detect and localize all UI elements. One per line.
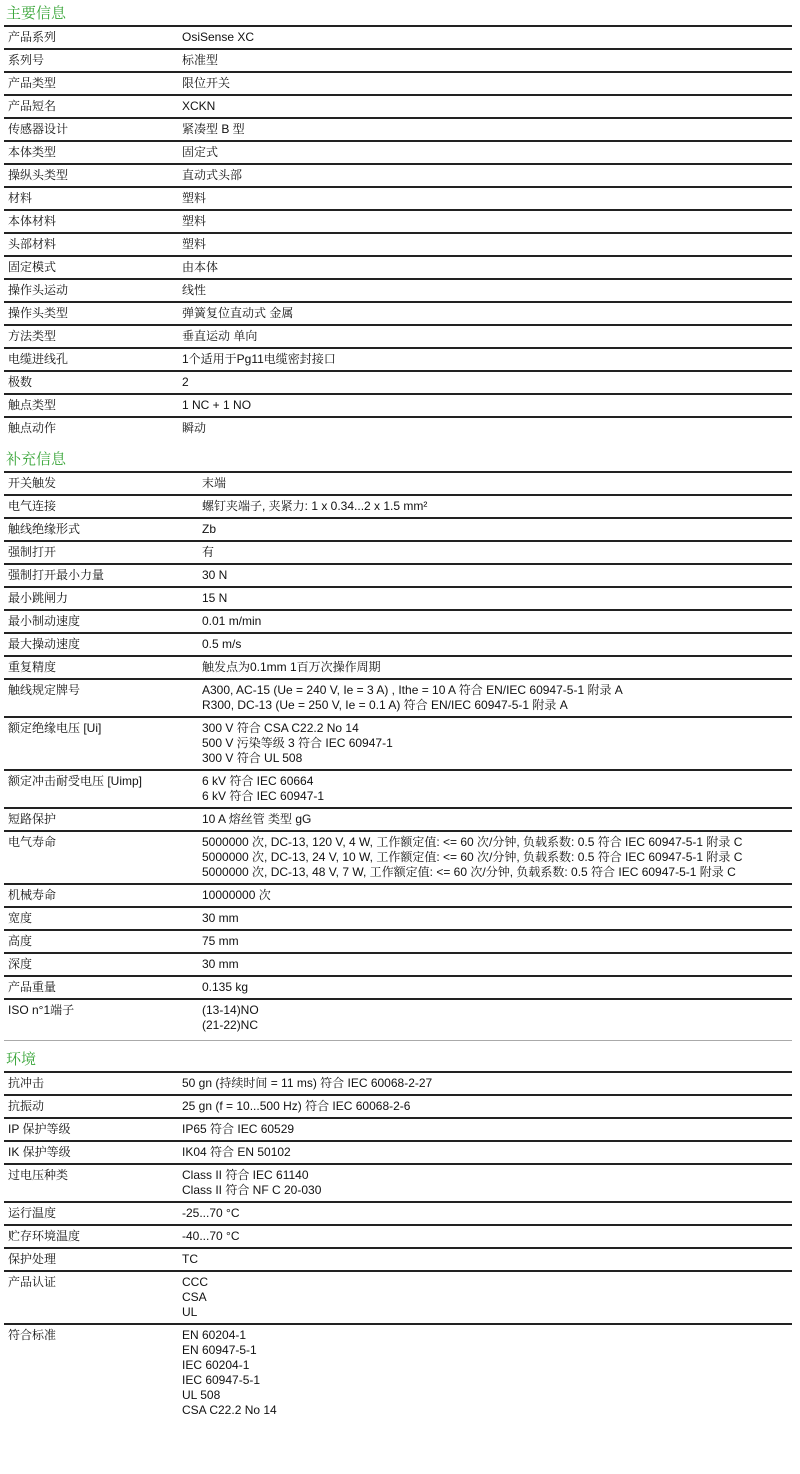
spec-value: 300 V 符合 CSA C22.2 No 14500 V 污染等级 3 符合 … bbox=[198, 717, 792, 770]
spec-value-line: CSA bbox=[182, 1290, 792, 1305]
spec-value: Zb bbox=[198, 518, 792, 541]
spec-section: 补充信息开关触发末端电气连接螺钉夹端子, 夹紧力: 1 x 0.34...2 x… bbox=[0, 449, 800, 1041]
spec-label: 强制打开最小力量 bbox=[4, 564, 198, 587]
table-row: 触点类型1 NC + 1 NO bbox=[4, 394, 792, 417]
spec-value-line: XCKN bbox=[182, 99, 792, 114]
spec-value-line: 1个适用于Pg11电缆密封接口 bbox=[182, 352, 792, 367]
spec-label: 方法类型 bbox=[4, 325, 178, 348]
spec-label: 触线规定牌号 bbox=[4, 679, 198, 717]
spec-label: 电气寿命 bbox=[4, 831, 198, 884]
spec-section: 主要信息产品系列OsiSense XC系列号标准型产品类型限位开关产品短名XCK… bbox=[0, 3, 800, 439]
spec-value: 塑料 bbox=[178, 233, 792, 256]
spec-value-line: 50 gn (持续时间 = 11 ms) 符合 IEC 60068-2-27 bbox=[182, 1076, 792, 1091]
spec-value-line: 直动式头部 bbox=[182, 168, 792, 183]
table-row: 额定冲击耐受电压 [Uimp]6 kV 符合 IEC 606646 kV 符合 … bbox=[4, 770, 792, 808]
spec-value: (13-14)NO(21-22)NC bbox=[198, 999, 792, 1036]
spec-label: 保护处理 bbox=[4, 1248, 178, 1271]
table-row: 本体类型固定式 bbox=[4, 141, 792, 164]
spec-label: 抗振动 bbox=[4, 1095, 178, 1118]
spec-value-line: 5000000 次, DC-13, 24 V, 10 W, 工作额定值: <= … bbox=[202, 850, 792, 865]
table-row: 额定绝缘电压 [Ui]300 V 符合 CSA C22.2 No 14500 V… bbox=[4, 717, 792, 770]
spec-value-line: (21-22)NC bbox=[202, 1018, 792, 1033]
spec-value-line: IEC 60947-5-1 bbox=[182, 1373, 792, 1388]
spec-value: 紧凑型 B 型 bbox=[178, 118, 792, 141]
spec-value-line: Class II 符合 IEC 61140 bbox=[182, 1168, 792, 1183]
table-row: 最小制动速度0.01 m/min bbox=[4, 610, 792, 633]
spec-value: 0.5 m/s bbox=[198, 633, 792, 656]
spec-value: 垂直运动 单向 bbox=[178, 325, 792, 348]
spec-value: 15 N bbox=[198, 587, 792, 610]
spec-value: 固定式 bbox=[178, 141, 792, 164]
spec-value-line: 5000000 次, DC-13, 120 V, 4 W, 工作额定值: <= … bbox=[202, 835, 792, 850]
spec-value-line: 末端 bbox=[202, 476, 792, 491]
spec-value-line: 标准型 bbox=[182, 53, 792, 68]
spec-value-line: -40...70 °C bbox=[182, 1229, 792, 1244]
section-divider bbox=[4, 1040, 792, 1041]
spec-value-line: -25...70 °C bbox=[182, 1206, 792, 1221]
spec-value: 瞬动 bbox=[178, 417, 792, 439]
spec-label: 产品系列 bbox=[4, 26, 178, 49]
spec-value-line: 塑料 bbox=[182, 214, 792, 229]
spec-value: 末端 bbox=[198, 472, 792, 495]
spec-value-line: 塑料 bbox=[182, 191, 792, 206]
spec-label: 触线绝缘形式 bbox=[4, 518, 198, 541]
table-row: 操纵头类型直动式头部 bbox=[4, 164, 792, 187]
spec-value-line: Class II 符合 NF C 20-030 bbox=[182, 1183, 792, 1198]
table-row: 抗振动25 gn (f = 10...500 Hz) 符合 IEC 60068-… bbox=[4, 1095, 792, 1118]
spec-value: -40...70 °C bbox=[178, 1225, 792, 1248]
spec-value: 由本体 bbox=[178, 256, 792, 279]
spec-value: 30 mm bbox=[198, 907, 792, 930]
spec-value: IK04 符合 EN 50102 bbox=[178, 1141, 792, 1164]
table-row: 最大操动速度0.5 m/s bbox=[4, 633, 792, 656]
section-title: 环境 bbox=[6, 1049, 800, 1071]
spec-label: 最大操动速度 bbox=[4, 633, 198, 656]
spec-value-line: UL bbox=[182, 1305, 792, 1320]
spec-value-line: 30 N bbox=[202, 568, 792, 583]
spec-label: ISO n°1端子 bbox=[4, 999, 198, 1036]
table-row: 过电压种类Class II 符合 IEC 61140Class II 符合 NF… bbox=[4, 1164, 792, 1202]
spec-label: 额定绝缘电压 [Ui] bbox=[4, 717, 198, 770]
spec-value-line: R300, DC-13 (Ue = 250 V, Ie = 0.1 A) 符合 … bbox=[202, 698, 792, 713]
spec-value-line: CCC bbox=[182, 1275, 792, 1290]
spec-label: 材料 bbox=[4, 187, 178, 210]
spec-value-line: 300 V 符合 CSA C22.2 No 14 bbox=[202, 721, 792, 736]
spec-document: 主要信息产品系列OsiSense XC系列号标准型产品类型限位开关产品短名XCK… bbox=[0, 3, 800, 1421]
spec-label: 重复精度 bbox=[4, 656, 198, 679]
table-row: 贮存环境温度-40...70 °C bbox=[4, 1225, 792, 1248]
table-row: 宽度30 mm bbox=[4, 907, 792, 930]
spec-value: 螺钉夹端子, 夹紧力: 1 x 0.34...2 x 1.5 mm² bbox=[198, 495, 792, 518]
spec-value: IP65 符合 IEC 60529 bbox=[178, 1118, 792, 1141]
spec-value: 75 mm bbox=[198, 930, 792, 953]
table-row: 重复精度触发点为0.1mm 1百万次操作周期 bbox=[4, 656, 792, 679]
spec-value: OsiSense XC bbox=[178, 26, 792, 49]
spec-value-line: 0.135 kg bbox=[202, 980, 792, 995]
spec-value-line: 触发点为0.1mm 1百万次操作周期 bbox=[202, 660, 792, 675]
spec-label: 电缆进线孔 bbox=[4, 348, 178, 371]
spec-label: 系列号 bbox=[4, 49, 178, 72]
spec-label: 触点动作 bbox=[4, 417, 178, 439]
spec-value: CCCCSAUL bbox=[178, 1271, 792, 1324]
spec-table: 抗冲击50 gn (持续时间 = 11 ms) 符合 IEC 60068-2-2… bbox=[4, 1071, 792, 1421]
section-title: 主要信息 bbox=[6, 3, 800, 25]
table-row: 符合标准EN 60204-1EN 60947-5-1IEC 60204-1IEC… bbox=[4, 1324, 792, 1421]
spec-value: 触发点为0.1mm 1百万次操作周期 bbox=[198, 656, 792, 679]
spec-value-line: 10000000 次 bbox=[202, 888, 792, 903]
spec-label: 过电压种类 bbox=[4, 1164, 178, 1202]
spec-value: 有 bbox=[198, 541, 792, 564]
spec-value: 1个适用于Pg11电缆密封接口 bbox=[178, 348, 792, 371]
spec-value-line: 弹簧复位直动式 金属 bbox=[182, 306, 792, 321]
spec-value-line: 5000000 次, DC-13, 48 V, 7 W, 工作额定值: <= 6… bbox=[202, 865, 792, 880]
spec-value: 0.135 kg bbox=[198, 976, 792, 999]
spec-value: 2 bbox=[178, 371, 792, 394]
table-row: ISO n°1端子(13-14)NO(21-22)NC bbox=[4, 999, 792, 1036]
table-row: 电缆进线孔1个适用于Pg11电缆密封接口 bbox=[4, 348, 792, 371]
spec-value-line: 垂直运动 单向 bbox=[182, 329, 792, 344]
spec-value: -25...70 °C bbox=[178, 1202, 792, 1225]
spec-value-line: IK04 符合 EN 50102 bbox=[182, 1145, 792, 1160]
table-row: 本体材料塑料 bbox=[4, 210, 792, 233]
spec-value-line: 75 mm bbox=[202, 934, 792, 949]
spec-value: 6 kV 符合 IEC 606646 kV 符合 IEC 60947-1 bbox=[198, 770, 792, 808]
table-row: IP 保护等级IP65 符合 IEC 60529 bbox=[4, 1118, 792, 1141]
spec-value: 25 gn (f = 10...500 Hz) 符合 IEC 60068-2-6 bbox=[178, 1095, 792, 1118]
table-row: 深度30 mm bbox=[4, 953, 792, 976]
spec-value-line: IP65 符合 IEC 60529 bbox=[182, 1122, 792, 1137]
table-row: 产品认证CCCCSAUL bbox=[4, 1271, 792, 1324]
spec-label: 符合标准 bbox=[4, 1324, 178, 1421]
spec-value: 30 N bbox=[198, 564, 792, 587]
table-row: 操作头运动线性 bbox=[4, 279, 792, 302]
spec-value-line: A300, AC-15 (Ue = 240 V, Ie = 3 A) , Ith… bbox=[202, 683, 792, 698]
table-row: 最小跳闸力15 N bbox=[4, 587, 792, 610]
spec-value: 0.01 m/min bbox=[198, 610, 792, 633]
spec-label: 产品类型 bbox=[4, 72, 178, 95]
table-row: 操作头类型弹簧复位直动式 金属 bbox=[4, 302, 792, 325]
table-row: 方法类型垂直运动 单向 bbox=[4, 325, 792, 348]
spec-label: IP 保护等级 bbox=[4, 1118, 178, 1141]
spec-label: 深度 bbox=[4, 953, 198, 976]
table-row: 开关触发末端 bbox=[4, 472, 792, 495]
spec-value-line: TC bbox=[182, 1252, 792, 1267]
spec-value: 塑料 bbox=[178, 187, 792, 210]
spec-value: 弹簧复位直动式 金属 bbox=[178, 302, 792, 325]
table-row: 固定模式由本体 bbox=[4, 256, 792, 279]
spec-label: 操作头类型 bbox=[4, 302, 178, 325]
spec-label: 额定冲击耐受电压 [Uimp] bbox=[4, 770, 198, 808]
spec-value-line: 紧凑型 B 型 bbox=[182, 122, 792, 137]
spec-value-line: 15 N bbox=[202, 591, 792, 606]
spec-value-line: (13-14)NO bbox=[202, 1003, 792, 1018]
spec-value-line: 限位开关 bbox=[182, 76, 792, 91]
spec-label: 抗冲击 bbox=[4, 1072, 178, 1095]
spec-value-line: 25 gn (f = 10...500 Hz) 符合 IEC 60068-2-6 bbox=[182, 1099, 792, 1114]
table-row: 机械寿命10000000 次 bbox=[4, 884, 792, 907]
table-row: 产品系列OsiSense XC bbox=[4, 26, 792, 49]
spec-label: 贮存环境温度 bbox=[4, 1225, 178, 1248]
table-row: 传感器设计紧凑型 B 型 bbox=[4, 118, 792, 141]
table-row: 抗冲击50 gn (持续时间 = 11 ms) 符合 IEC 60068-2-2… bbox=[4, 1072, 792, 1095]
spec-label: 操作头运动 bbox=[4, 279, 178, 302]
spec-value-line: 有 bbox=[202, 545, 792, 560]
spec-value-line: 6 kV 符合 IEC 60664 bbox=[202, 774, 792, 789]
spec-value: 限位开关 bbox=[178, 72, 792, 95]
spec-value-line: 6 kV 符合 IEC 60947-1 bbox=[202, 789, 792, 804]
spec-value-line: 30 mm bbox=[202, 957, 792, 972]
spec-value-line: 线性 bbox=[182, 283, 792, 298]
spec-table: 开关触发末端电气连接螺钉夹端子, 夹紧力: 1 x 0.34...2 x 1.5… bbox=[4, 471, 792, 1036]
table-row: 短路保护10 A 熔丝管 类型 gG bbox=[4, 808, 792, 831]
spec-value-line: 由本体 bbox=[182, 260, 792, 275]
spec-value: 线性 bbox=[178, 279, 792, 302]
table-row: 材料塑料 bbox=[4, 187, 792, 210]
spec-value-line: 300 V 符合 UL 508 bbox=[202, 751, 792, 766]
spec-value: 10000000 次 bbox=[198, 884, 792, 907]
spec-label: 触点类型 bbox=[4, 394, 178, 417]
spec-value-line: 10 A 熔丝管 类型 gG bbox=[202, 812, 792, 827]
spec-label: 极数 bbox=[4, 371, 178, 394]
spec-value-line: OsiSense XC bbox=[182, 30, 792, 45]
spec-value-line: CSA C22.2 No 14 bbox=[182, 1403, 792, 1418]
table-row: 产品重量0.135 kg bbox=[4, 976, 792, 999]
table-row: 极数2 bbox=[4, 371, 792, 394]
spec-label: 固定模式 bbox=[4, 256, 178, 279]
table-row: 产品类型限位开关 bbox=[4, 72, 792, 95]
spec-value: XCKN bbox=[178, 95, 792, 118]
spec-label: 产品重量 bbox=[4, 976, 198, 999]
table-row: 运行温度-25...70 °C bbox=[4, 1202, 792, 1225]
spec-value-line: 1 NC + 1 NO bbox=[182, 398, 792, 413]
spec-value: TC bbox=[178, 1248, 792, 1271]
spec-value: A300, AC-15 (Ue = 240 V, Ie = 3 A) , Ith… bbox=[198, 679, 792, 717]
spec-value-line: IEC 60204-1 bbox=[182, 1358, 792, 1373]
spec-value-line: UL 508 bbox=[182, 1388, 792, 1403]
spec-label: 短路保护 bbox=[4, 808, 198, 831]
spec-value-line: Zb bbox=[202, 522, 792, 537]
spec-value: 10 A 熔丝管 类型 gG bbox=[198, 808, 792, 831]
spec-value-line: 瞬动 bbox=[182, 421, 792, 436]
table-row: 产品短名XCKN bbox=[4, 95, 792, 118]
spec-label: 操纵头类型 bbox=[4, 164, 178, 187]
spec-label: 机械寿命 bbox=[4, 884, 198, 907]
spec-label: 传感器设计 bbox=[4, 118, 178, 141]
spec-label: 最小制动速度 bbox=[4, 610, 198, 633]
spec-label: 宽度 bbox=[4, 907, 198, 930]
spec-label: 本体类型 bbox=[4, 141, 178, 164]
table-row: 触线规定牌号A300, AC-15 (Ue = 240 V, Ie = 3 A)… bbox=[4, 679, 792, 717]
section-title: 补充信息 bbox=[6, 449, 800, 471]
spec-label: 强制打开 bbox=[4, 541, 198, 564]
spec-value-line: 螺钉夹端子, 夹紧力: 1 x 0.34...2 x 1.5 mm² bbox=[202, 499, 792, 514]
spec-value-line: EN 60204-1 bbox=[182, 1328, 792, 1343]
spec-label: 产品认证 bbox=[4, 1271, 178, 1324]
table-row: 保护处理TC bbox=[4, 1248, 792, 1271]
spec-value: 5000000 次, DC-13, 120 V, 4 W, 工作额定值: <= … bbox=[198, 831, 792, 884]
spec-label: 电气连接 bbox=[4, 495, 198, 518]
table-row: 高度75 mm bbox=[4, 930, 792, 953]
spec-value-line: 2 bbox=[182, 375, 792, 390]
spec-label: 最小跳闸力 bbox=[4, 587, 198, 610]
spec-label: 高度 bbox=[4, 930, 198, 953]
spec-value: 塑料 bbox=[178, 210, 792, 233]
spec-value-line: 0.01 m/min bbox=[202, 614, 792, 629]
spec-value: EN 60204-1EN 60947-5-1IEC 60204-1IEC 609… bbox=[178, 1324, 792, 1421]
spec-label: 开关触发 bbox=[4, 472, 198, 495]
table-row: 电气寿命5000000 次, DC-13, 120 V, 4 W, 工作额定值:… bbox=[4, 831, 792, 884]
spec-value: 1 NC + 1 NO bbox=[178, 394, 792, 417]
spec-section: 环境抗冲击50 gn (持续时间 = 11 ms) 符合 IEC 60068-2… bbox=[0, 1049, 800, 1421]
spec-value-line: 0.5 m/s bbox=[202, 637, 792, 652]
spec-value-line: 30 mm bbox=[202, 911, 792, 926]
spec-value-line: 固定式 bbox=[182, 145, 792, 160]
table-row: 强制打开最小力量30 N bbox=[4, 564, 792, 587]
table-row: 强制打开有 bbox=[4, 541, 792, 564]
table-row: 触点动作瞬动 bbox=[4, 417, 792, 439]
spec-value: 标准型 bbox=[178, 49, 792, 72]
spec-value: 直动式头部 bbox=[178, 164, 792, 187]
table-row: 头部材料塑料 bbox=[4, 233, 792, 256]
spec-label: 产品短名 bbox=[4, 95, 178, 118]
spec-value-line: 500 V 污染等级 3 符合 IEC 60947-1 bbox=[202, 736, 792, 751]
table-row: IK 保护等级IK04 符合 EN 50102 bbox=[4, 1141, 792, 1164]
table-row: 电气连接螺钉夹端子, 夹紧力: 1 x 0.34...2 x 1.5 mm² bbox=[4, 495, 792, 518]
table-row: 系列号标准型 bbox=[4, 49, 792, 72]
spec-value-line: EN 60947-5-1 bbox=[182, 1343, 792, 1358]
spec-label: IK 保护等级 bbox=[4, 1141, 178, 1164]
spec-label: 头部材料 bbox=[4, 233, 178, 256]
spec-value-line: 塑料 bbox=[182, 237, 792, 252]
spec-value: Class II 符合 IEC 61140Class II 符合 NF C 20… bbox=[178, 1164, 792, 1202]
spec-label: 本体材料 bbox=[4, 210, 178, 233]
spec-value: 50 gn (持续时间 = 11 ms) 符合 IEC 60068-2-27 bbox=[178, 1072, 792, 1095]
spec-value: 30 mm bbox=[198, 953, 792, 976]
spec-label: 运行温度 bbox=[4, 1202, 178, 1225]
table-row: 触线绝缘形式Zb bbox=[4, 518, 792, 541]
spec-table: 产品系列OsiSense XC系列号标准型产品类型限位开关产品短名XCKN传感器… bbox=[4, 25, 792, 439]
